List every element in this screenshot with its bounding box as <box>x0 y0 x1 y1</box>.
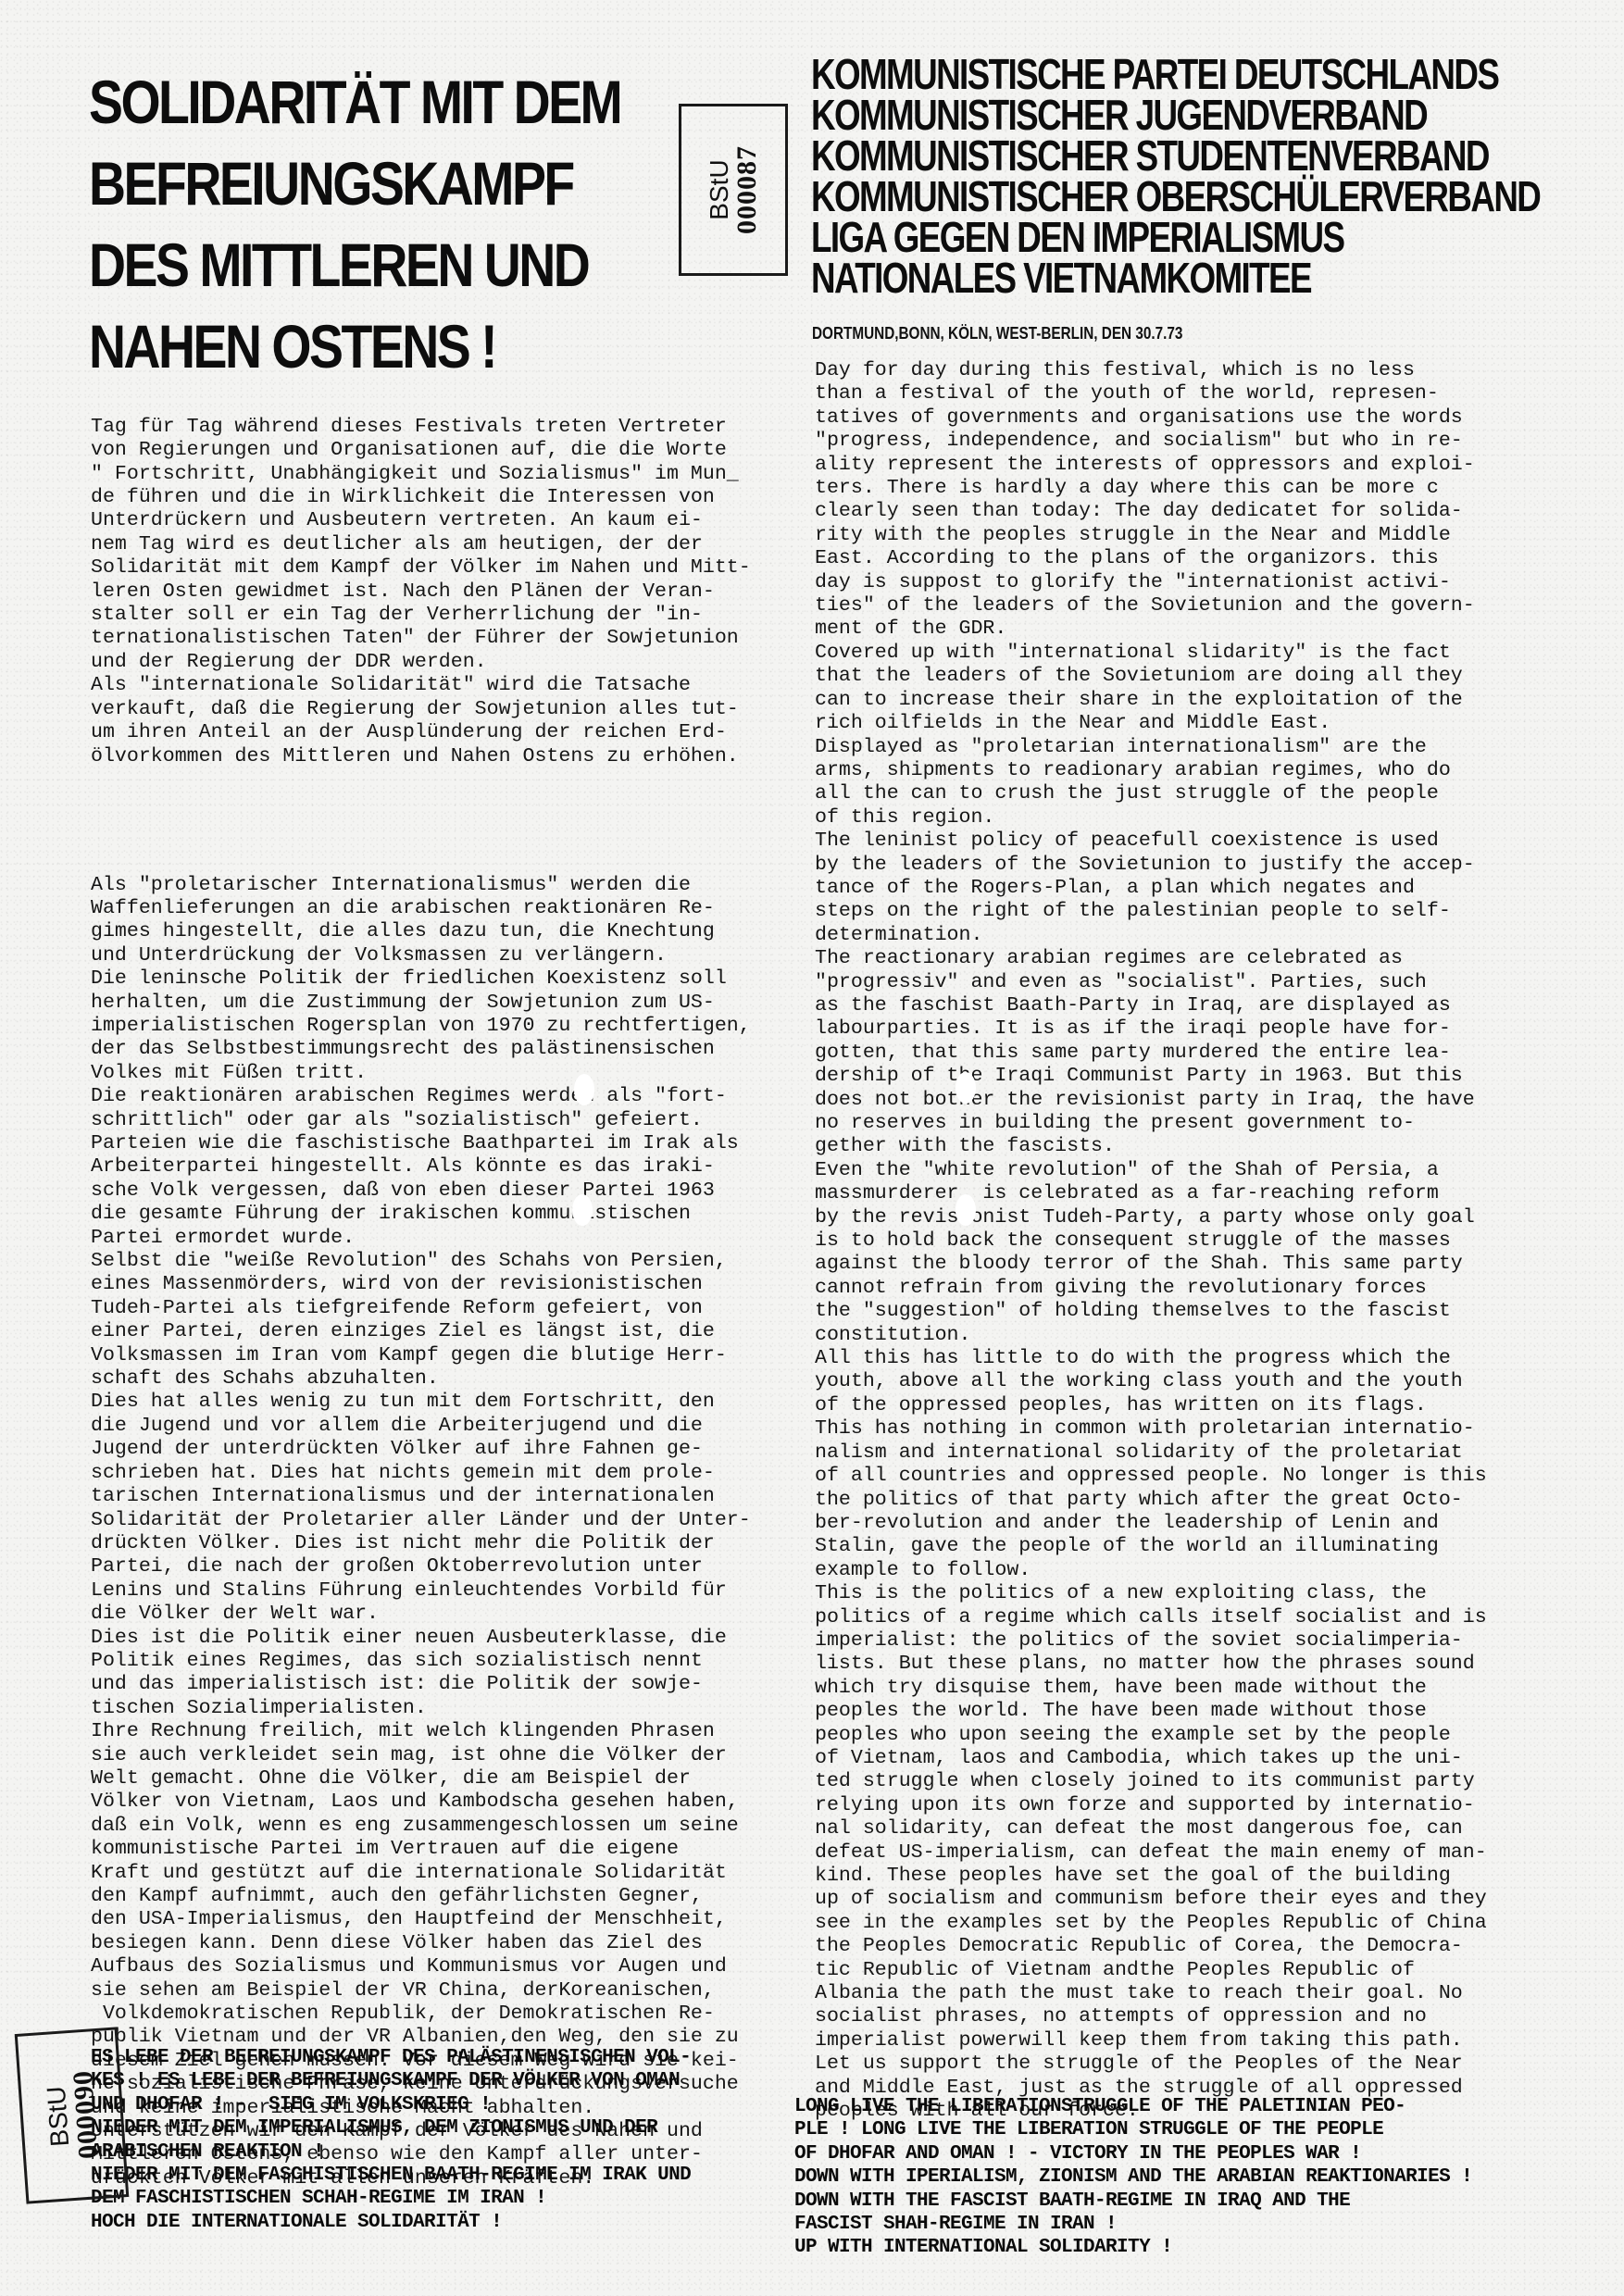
punch-hole <box>956 1194 976 1226</box>
text-line: Stalin, gave the people of the world an … <box>815 1535 1487 1558</box>
text-line: ties" of the leaders of the Sovietunion … <box>815 594 1487 618</box>
text-line: clearly seen than today: The day dedicat… <box>815 500 1487 523</box>
text-line: ölvorkommen des Mittleren und Nahen Oste… <box>91 745 751 768</box>
text-line: steps on the right of the palestinian pe… <box>815 900 1487 923</box>
text-line: schrittlich" oder gar als "sozialistisch… <box>91 1109 751 1132</box>
text-line: die Jugend und vor allem die Arbeiterjug… <box>91 1415 751 1438</box>
text-line: Welt gemacht. Ohne die Völker, die am Be… <box>91 1767 751 1791</box>
text-line: gether with the fascists. <box>815 1135 1487 1158</box>
text-line: Kraft und gestützt auf die international… <box>91 1862 751 1885</box>
dateline: DORTMUND,BONN, KÖLN, WEST-BERLIN, DEN 30… <box>812 324 1182 343</box>
text-line: herhalten, um die Zustimmung der Sowjetu… <box>91 992 751 1015</box>
text-line: tatives of governments and organisations… <box>815 406 1487 430</box>
english-slogans: LONG LIVE THE LIBERATIONSTRUGGLE OF THE … <box>794 2095 1472 2260</box>
text-line: leren Osten gewidmet ist. Nach den Pläne… <box>91 580 751 604</box>
text-line: than a festival of the youth of the worl… <box>815 382 1487 406</box>
text-line: einer Partei, deren einziges Ziel es län… <box>91 1320 751 1343</box>
organization-name: KOMMUNISTISCHER OBERSCHÜLERVERBAND <box>811 176 1540 217</box>
slogan-line: NIEDER MIT DEM IMPERIALISMUS, DEM ZIONIS… <box>91 2116 691 2140</box>
text-line: of all countries and oppressed people. N… <box>815 1465 1487 1488</box>
text-line: stalter soll er ein Tag der Verherrlichu… <box>91 604 751 627</box>
text-line: all the can to crush the just struggle o… <box>815 782 1487 805</box>
text-line: kind. These peoples have set the goal of… <box>815 1865 1487 1888</box>
text-line: All this has little to do with the progr… <box>815 1347 1487 1370</box>
text-line: ment of the GDR. <box>815 618 1487 641</box>
text-line: Waffenlieferungen an die arabischen reak… <box>91 897 751 920</box>
headline-line: SOLIDARITÄT MIT DEM <box>89 61 602 143</box>
text-line: de führen und die in Wirklichkeit die In… <box>91 486 751 509</box>
english-body-text: Day for day during this festival, which … <box>815 359 1487 2123</box>
slogan-line: UND DHOFAR ! - SIEG IM VOLKSKRIEG ! <box>91 2093 691 2116</box>
text-line: kommunistische Partei im Vertrauen auf d… <box>91 1838 751 1861</box>
text-line: peoples who upon seeing the example set … <box>815 1724 1487 1747</box>
text-line: Albania the path the must take to reach … <box>815 1982 1487 2005</box>
text-line: Dies ist die Politik einer neuen Ausbeut… <box>91 1627 751 1650</box>
text-line: politics of a regime which calls itself … <box>815 1606 1487 1629</box>
punch-hole <box>574 1074 594 1105</box>
text-line: ted struggle when closely joined to its … <box>815 1770 1487 1793</box>
text-line: drückten Völker. Dies ist nicht mehr die… <box>91 1532 751 1555</box>
text-line: Jugend der unterdrückten Völker auf ihre… <box>91 1438 751 1461</box>
text-line: labourparties. It is as if the iraqi peo… <box>815 1017 1487 1041</box>
german-paragraph: Tag für Tag während dieses Festivals tre… <box>91 416 751 768</box>
text-line: gimes hingestellt, die alles dazu tun, d… <box>91 920 751 943</box>
text-line: ber-revolution and ander the leadership … <box>815 1512 1487 1535</box>
headline-line: DES MITTLEREN UND <box>89 224 602 306</box>
text-line: sche Volk vergessen, daß von eben dieser… <box>91 1179 751 1203</box>
text-line: example to follow. <box>815 1559 1487 1582</box>
text-line: tarischen Internationalismus und der int… <box>91 1485 751 1508</box>
text-line: by the leaders of the Sovietunion to jus… <box>815 854 1487 877</box>
text-line: against the bloody terror of the Shah. T… <box>815 1253 1487 1276</box>
slogan-line: ARABISCHEN REAKTION ! <box>91 2140 691 2164</box>
text-line: und der Regierung der DDR werden. <box>91 651 751 674</box>
text-line: nal solidarity, can defeat the most dang… <box>815 1817 1487 1841</box>
text-line: rity with the peoples struggle in the Ne… <box>815 524 1487 547</box>
text-line: Solidarität mit dem Kampf der Völker im … <box>91 556 751 580</box>
punch-hole <box>956 1072 976 1104</box>
text-line: constitution. <box>815 1324 1487 1347</box>
text-line: " Fortschritt, Unabhängigkeit und Sozial… <box>91 463 751 486</box>
text-line: die gesamte Führung der irakischen kommu… <box>91 1203 751 1226</box>
text-line: defeat US-imperialism, can defeat the ma… <box>815 1841 1487 1865</box>
text-line: "progressiv" and even as "socialist". Pa… <box>815 971 1487 994</box>
slogan-line: UP WITH INTERNATIONAL SOLIDARITY ! <box>794 2236 1472 2259</box>
text-line: Tag für Tag während dieses Festivals tre… <box>91 416 751 439</box>
text-line: Covered up with "international slidarity… <box>815 642 1487 665</box>
text-line: of this region. <box>815 806 1487 830</box>
text-line: verkauft, daß die Regierung der Sowjetun… <box>91 698 751 721</box>
text-line: imperialist: the politics of the soviet … <box>815 1629 1487 1653</box>
text-line: Politik eines Regimes, das sich sozialis… <box>91 1650 751 1673</box>
organization-name: KOMMUNISTISCHE PARTEI DEUTSCHLANDS <box>811 54 1540 94</box>
organization-name: KOMMUNISTISCHER JUGENDVERBAND <box>811 94 1540 135</box>
slogan-line: FASCIST SHAH-REGIME IN IRAN ! <box>794 2213 1472 2236</box>
slogan-line: PLE ! LONG LIVE THE LIBERATION STRUGGLE … <box>794 2118 1472 2141</box>
text-line: tischen Sozialimperialisten. <box>91 1697 751 1720</box>
text-line: und Unterdrückung der Volksmassen zu ver… <box>91 944 751 967</box>
text-line: sie sehen am Beispiel der VR China, derK… <box>91 1979 751 2003</box>
text-line: dership of the Iraqi Communist Party in … <box>815 1065 1487 1088</box>
text-line: Tudeh-Partei als tiefgreifende Reform ge… <box>91 1297 751 1320</box>
text-line: Als "internationale Solidarität" wird di… <box>91 674 751 697</box>
text-line: the politics of that party which after t… <box>815 1489 1487 1512</box>
text-line: massmurderer, is celebrated as a far-rea… <box>815 1182 1487 1205</box>
text-line: Displayed as "proletarian internationali… <box>815 736 1487 759</box>
organization-name: NATIONALES VIETNAMKOMITEE <box>811 257 1540 298</box>
text-line: eines Massenmörders, wird von der revisi… <box>91 1273 751 1296</box>
text-line: Die reaktionären arabischen Regimes werd… <box>91 1085 751 1108</box>
text-line: nem Tag wird es deutlicher als am heutig… <box>91 533 751 556</box>
text-line: Partei ermordet wurde. <box>91 1227 751 1250</box>
text-line: arms, shipments to readionary arabian re… <box>815 759 1487 782</box>
text-line: Volksmassen im Iran vom Kampf gegen die … <box>91 1344 751 1367</box>
text-line: und das imperialistisch ist: die Politik… <box>91 1673 751 1696</box>
slogan-line: LONG LIVE THE LIBERATIONSTRUGGLE OF THE … <box>794 2095 1472 2118</box>
text-line: schaft des Schahs abzuhalten. <box>91 1367 751 1391</box>
stamp-label: BStU <box>706 145 733 234</box>
text-line: of Vietnam, laos and Cambodia, which tak… <box>815 1747 1487 1770</box>
text-line: no reserves in building the present gove… <box>815 1112 1487 1135</box>
text-line: The leninist policy of peacefull coexist… <box>815 830 1487 853</box>
text-line: Parteien wie die faschistische Baathpart… <box>91 1132 751 1155</box>
text-line: Arbeiterpartei hingestellt. Als könnte e… <box>91 1155 751 1179</box>
archive-stamp-top: BStU 000087 <box>679 104 788 276</box>
text-line: Lenins und Stalins Führung einleuchtende… <box>91 1579 751 1603</box>
text-line: see in the examples set by the Peoples R… <box>815 1912 1487 1935</box>
organization-name: LIGA GEGEN DEN IMPERIALISMUS <box>811 217 1540 257</box>
text-line: Even the "white revolution" of the Shah … <box>815 1159 1487 1182</box>
text-line: Ihre Rechnung freilich, mit welch klinge… <box>91 1720 751 1743</box>
organization-name: KOMMUNISTISCHER STUDENTENVERBAND <box>811 135 1540 176</box>
text-line: as the faschist Baath-Party in Iraq, are… <box>815 994 1487 1017</box>
text-line: ters. There is hardly a day where this c… <box>815 477 1487 500</box>
german-body-text: Tag für Tag während dieses Festivals tre… <box>91 368 751 2215</box>
text-line: cannot refrain from giving the revolutio… <box>815 1277 1487 1300</box>
text-line: Völker von Vietnam, Laos und Kambodscha … <box>91 1791 751 1814</box>
text-line: determination. <box>815 924 1487 947</box>
slogan-line: DEM FASCHISTISCHEN SCHAH-REGIME IM IRAN … <box>91 2187 691 2210</box>
text-line: den Kampf aufnimmt, auch den gefährlichs… <box>91 1885 751 1908</box>
text-line: socialist phrases, no attempts of oppres… <box>815 2005 1487 2028</box>
slogan-line: DOWN WITH THE FASCIST BAATH-REGIME IN IR… <box>794 2190 1472 2213</box>
text-line: which try disquise them, have been made … <box>815 1677 1487 1700</box>
text-line: of the oppressed peoples, has written on… <box>815 1394 1487 1417</box>
slogan-line: DOWN WITH IPERIALISM, ZIONISM AND THE AR… <box>794 2165 1472 2189</box>
text-line: sie auch verkleidet sein mag, ist ohne d… <box>91 1744 751 1767</box>
text-line: Volkdemokratischen Republik, der Demokra… <box>91 2003 751 2026</box>
text-line: der das Selbstbestimmungsrecht des paläs… <box>91 1038 751 1061</box>
organizations-list: KOMMUNISTISCHE PARTEI DEUTSCHLANDS KOMMU… <box>811 54 1540 298</box>
stamp-number: 000090 <box>69 2069 103 2160</box>
text-line: um ihren Anteil an der Ausplünderung der… <box>91 721 751 744</box>
text-line: imperialistischen Rogersplan von 1970 zu… <box>91 1015 751 1038</box>
text-line: up of socialism and communism before the… <box>815 1888 1487 1911</box>
text-line: besiegen kann. Denn diese Völker haben d… <box>91 1932 751 1955</box>
text-line: youth, above all the working class youth… <box>815 1370 1487 1393</box>
text-line: peoples the world. The have been made wi… <box>815 1700 1487 1723</box>
text-line: daß ein Volk, wenn es eng zusammengeschl… <box>91 1815 751 1838</box>
text-line: ality represent the interests of oppress… <box>815 454 1487 477</box>
text-line: imperialist powerwill keep them from tak… <box>815 2029 1487 2053</box>
text-line: the Peoples Democratic Republic of Corea… <box>815 1935 1487 1958</box>
text-line: East. According to the plans of the orga… <box>815 547 1487 570</box>
text-line: "progress, independence, and socialism" … <box>815 430 1487 453</box>
text-line: Volkes mit Füßen tritt. <box>91 1062 751 1085</box>
text-line: tic Republic of Vietnam andthe Peoples R… <box>815 1959 1487 1982</box>
text-line: can to increase their share in the explo… <box>815 689 1487 712</box>
text-line: Unterdrückern und Ausbeutern vertreten. … <box>91 509 751 532</box>
text-line: Let us support the struggle of the Peopl… <box>815 2053 1487 2076</box>
text-line: Partei, die nach der großen Oktoberrevol… <box>91 1555 751 1578</box>
text-line: Solidarität der Proletarier aller Länder… <box>91 1509 751 1532</box>
text-line: relying upon its own forze and supported… <box>815 1794 1487 1817</box>
stamp-number: 000087 <box>733 145 761 234</box>
slogan-line: KES ! ES LEBE DER BEFREIUNGSKAMPF DER VÖ… <box>91 2069 691 2092</box>
text-line: Selbst die "weiße Revolution" des Schahs… <box>91 1250 751 1273</box>
punch-hole <box>572 1194 593 1226</box>
text-line: rich oilfields in the Near and Middle Ea… <box>815 712 1487 735</box>
slogan-line: OF DHOFAR AND OMAN ! - VICTORY IN THE PE… <box>794 2142 1472 2165</box>
slogan-line: HOCH DIE INTERNATIONALE SOLIDARITÄT ! <box>91 2211 691 2234</box>
text-line: does not bother the revisionist party in… <box>815 1089 1487 1112</box>
text-line: ternationalistischen Taten" der Führer d… <box>91 627 751 650</box>
headline: SOLIDARITÄT MIT DEM BEFREIUNGSKAMPF DES … <box>89 61 602 387</box>
text-line: den USA-Imperialismus, den Hauptfeind de… <box>91 1908 751 1931</box>
text-line: lists. But these plans, no matter how th… <box>815 1653 1487 1676</box>
text-line: Dies hat alles wenig zu tun mit dem Fort… <box>91 1391 751 1414</box>
text-line: tance of the Rogers-Plan, a plan which n… <box>815 877 1487 900</box>
text-line: Aufbaus des Sozialismus und Kommunismus … <box>91 1955 751 1978</box>
text-line: the "suggestion" of holding themselves t… <box>815 1300 1487 1323</box>
text-line: This is the politics of a new exploiting… <box>815 1582 1487 1605</box>
text-line: schrieben hat. Dies hat nichts gemein mi… <box>91 1462 751 1485</box>
text-line: is to hold back the consequent struggle … <box>815 1229 1487 1253</box>
german-paragraph: Als "proletarischer Internationalismus" … <box>91 874 751 2191</box>
slogan-line: NIEDER MIT DEM FASCHISTISCHEN BAATH-REGI… <box>91 2164 691 2187</box>
slogan-line: ES LEBE DER BEFREIUNGSKAMPF DES PALÄSTIN… <box>91 2046 691 2069</box>
text-line: by the revisionist Tudeh-Party, a party … <box>815 1206 1487 1229</box>
text-line: von Regierungen und Organisationen auf, … <box>91 439 751 462</box>
text-line: gotten, that this same party murdered th… <box>815 1042 1487 1065</box>
headline-line: BEFREIUNGSKAMPF <box>89 143 602 224</box>
text-line: Als "proletarischer Internationalismus" … <box>91 874 751 897</box>
text-line: nalism and international solidarity of t… <box>815 1441 1487 1465</box>
text-line: Day for day during this festival, which … <box>815 359 1487 382</box>
text-line: Die leninsche Politik der friedlichen Ko… <box>91 967 751 991</box>
text-line: that the leaders of the Sovietuniom are … <box>815 665 1487 688</box>
archive-stamp-bottom: BStU 000090 <box>15 2027 130 2203</box>
text-line: This has nothing in common with proletar… <box>815 1417 1487 1441</box>
german-slogans: ES LEBE DER BEFREIUNGSKAMPF DES PALÄSTIN… <box>91 2046 691 2234</box>
text-line: The reactionary arabian regimes are cele… <box>815 947 1487 970</box>
text-line: day is suppost to glorify the "internati… <box>815 571 1487 594</box>
text-line: die Völker der Welt war. <box>91 1603 751 1626</box>
